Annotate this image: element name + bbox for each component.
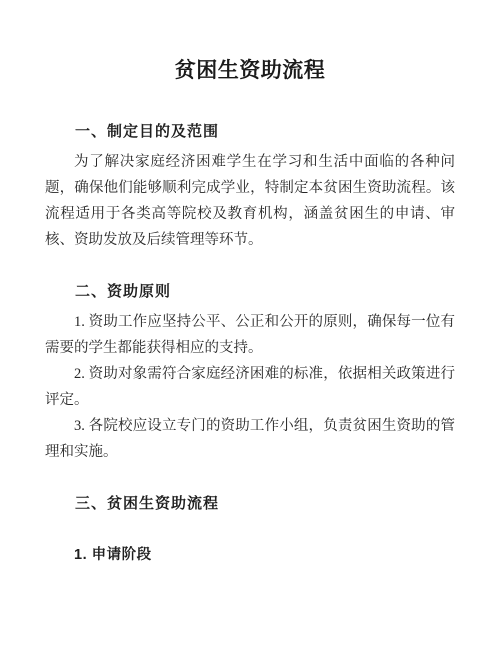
- section-purpose-and-scope: 一、制定目的及范围 为了解决家庭经济困难学生在学习和生活中面临的各种问题，确保他…: [45, 120, 455, 253]
- section-3-heading: 三、贫困生资助流程: [45, 492, 455, 516]
- section-aid-process: 三、贫困生资助流程 1. 申请阶段: [45, 492, 455, 566]
- section-aid-principles: 二、资助原则 1. 资助工作应坚持公平、公正和公开的原则，确保每一位有需要的学生…: [45, 280, 455, 465]
- section-1-heading: 一、制定目的及范围: [45, 120, 455, 144]
- document-page: 贫困生资助流程 一、制定目的及范围 为了解决家庭经济困难学生在学习和生活中面临的…: [0, 0, 500, 647]
- principle-item-1: 1. 资助工作应坚持公平、公正和公开的原则，确保每一位有需要的学生都能获得相应的…: [45, 309, 455, 361]
- principle-item-3: 3. 各院校应设立专门的资助工作小组，负责贫困生资助的管理和实施。: [45, 413, 455, 465]
- process-step-1-heading: 1. 申请阶段: [45, 544, 455, 566]
- document-title: 贫困生资助流程: [45, 56, 455, 86]
- principle-item-2: 2. 资助对象需符合家庭经济困难的标准，依据相关政策进行评定。: [45, 361, 455, 413]
- section-1-paragraph: 为了解决家庭经济困难学生在学习和生活中面临的各种问题，确保他们能够顺利完成学业，…: [45, 149, 455, 253]
- section-2-heading: 二、资助原则: [45, 280, 455, 304]
